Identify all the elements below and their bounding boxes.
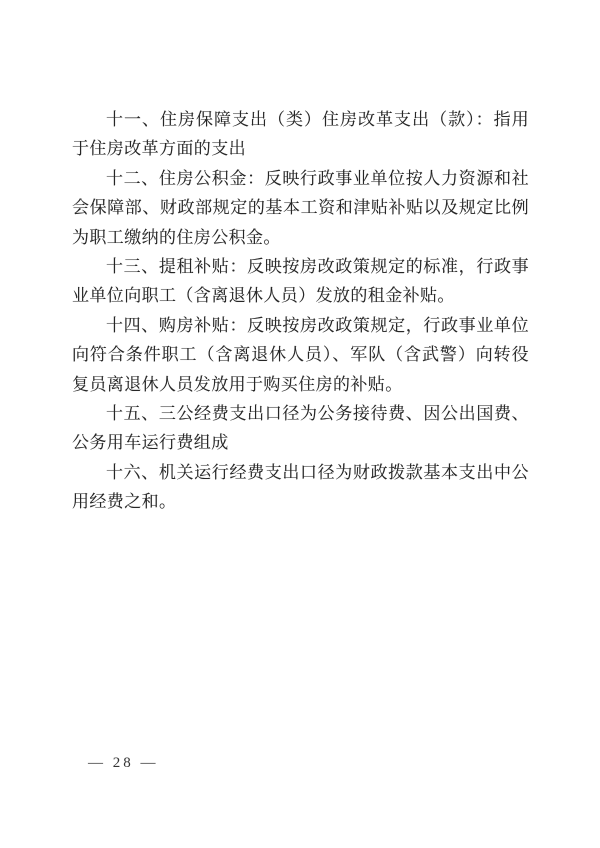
- paragraph-item-16: 十六、机关运行经费支出口径为财政拨款基本支出中公用经费之和。: [72, 458, 529, 517]
- paragraph-item-15: 十五、三公经费支出口径为公务接待费、因公出国费、公务用车运行费组成: [72, 399, 529, 458]
- document-body: 十一、住房保障支出（类）住房改革支出（款）：指用于住房改革方面的支出 十二、住房…: [72, 105, 529, 517]
- paragraph-item-13: 十三、提租补贴：反映按房改政策规定的标准，行政事业单位向职工（含离退休人员）发放…: [72, 252, 529, 311]
- paragraph-item-12: 十二、住房公积金：反映行政事业单位按人力资源和社会保障部、财政部规定的基本工资和…: [72, 164, 529, 252]
- page-footer: — 28 —: [88, 753, 159, 773]
- document-page: 十一、住房保障支出（类）住房改革支出（款）：指用于住房改革方面的支出 十二、住房…: [0, 0, 600, 848]
- paragraph-item-14: 十四、购房补贴：反映按房改政策规定，行政事业单位向符合条件职工（含离退休人员）、…: [72, 311, 529, 399]
- page-number: — 28 —: [88, 755, 159, 771]
- paragraph-item-11: 十一、住房保障支出（类）住房改革支出（款）：指用于住房改革方面的支出: [72, 105, 529, 164]
